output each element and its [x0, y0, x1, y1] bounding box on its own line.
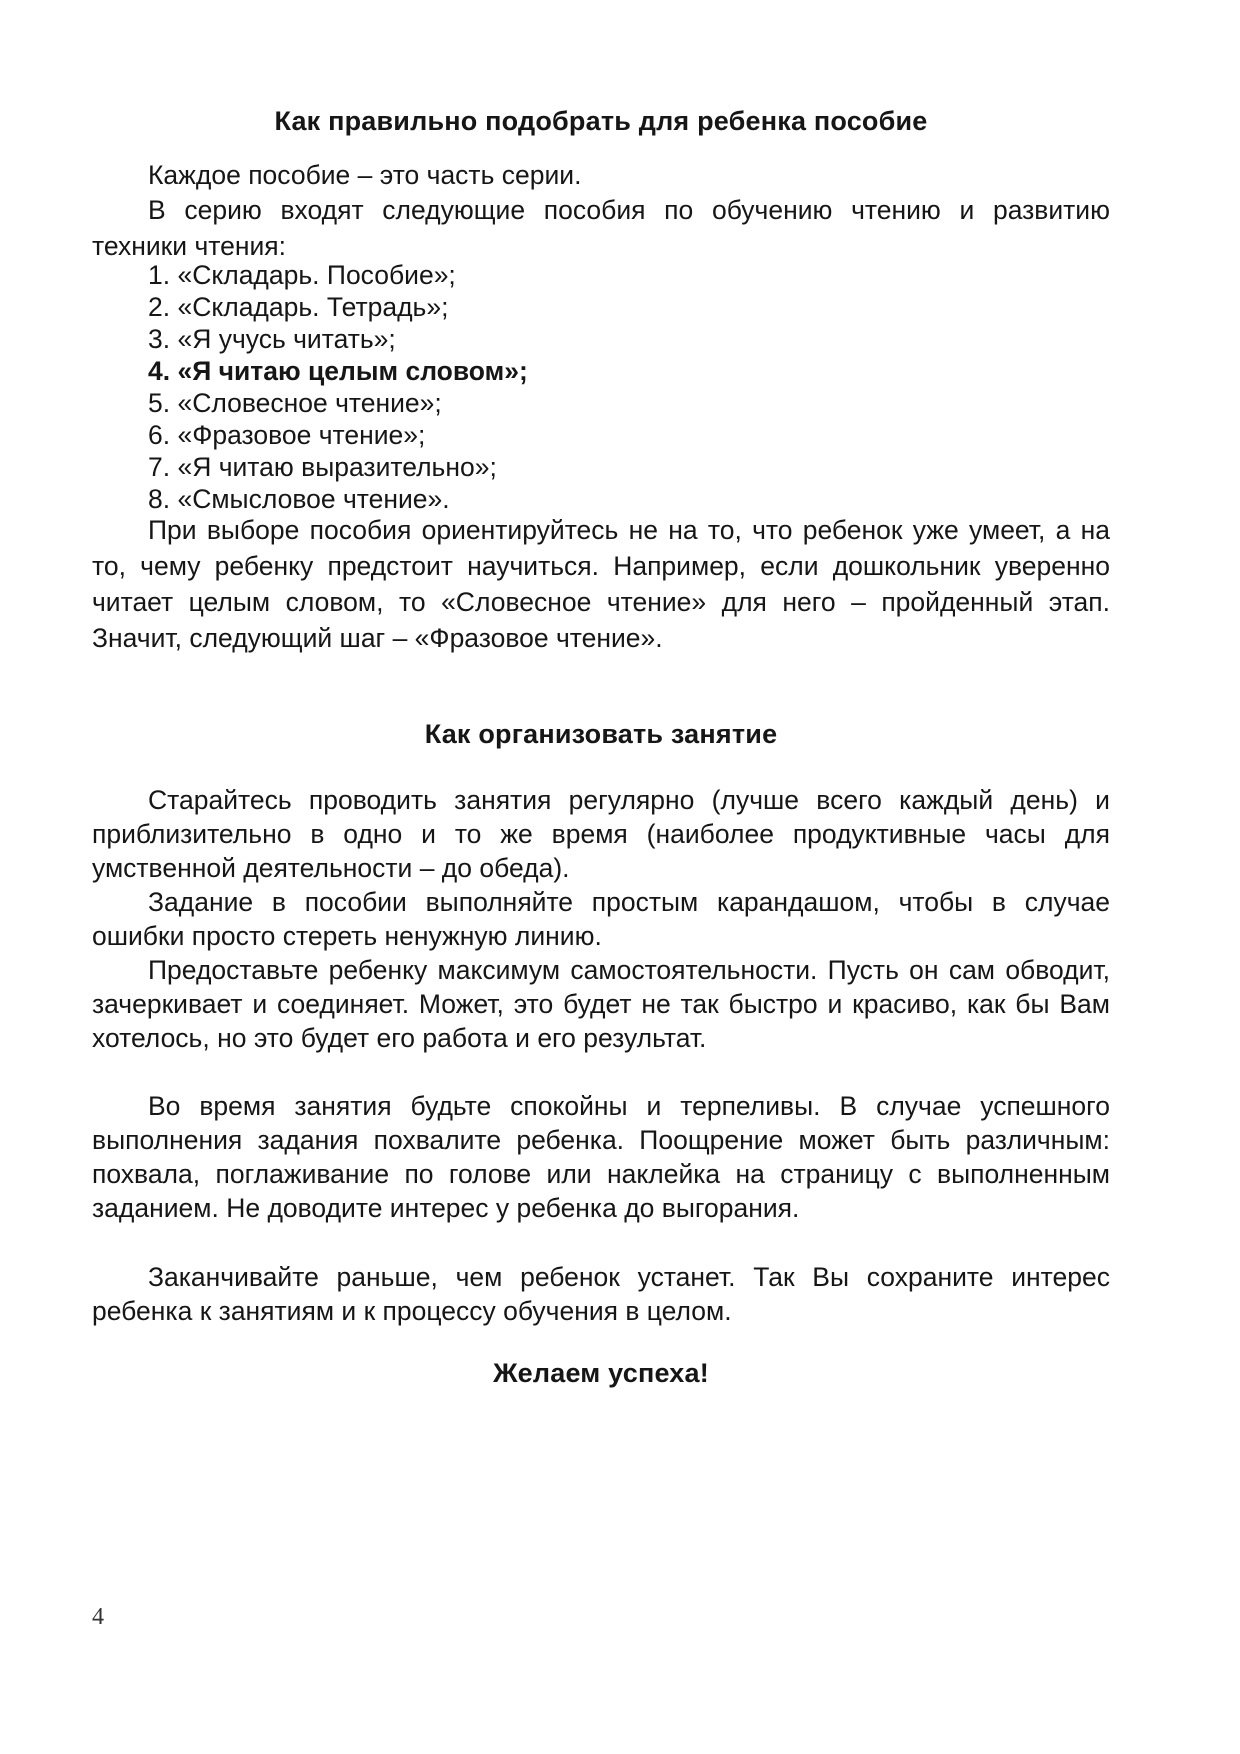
series-list: 1. «Складарь. Пособие»; 2. «Складарь. Те… — [148, 259, 528, 515]
closing-wish: Желаем успеха! — [92, 1358, 1110, 1389]
paragraph-regularity: Старайтесь проводить занятия регулярно (… — [92, 783, 1110, 885]
list-item: 6. «Фразовое чтение»; — [148, 419, 528, 451]
intro-paragraph: Каждое пособие – это часть серии. — [92, 158, 1110, 192]
section-title-organize: Как организовать занятие — [92, 719, 1110, 750]
paragraph-independence: Предоставьте ребенку максимум самостояте… — [92, 953, 1110, 1055]
list-item: 1. «Складарь. Пособие»; — [148, 259, 528, 291]
advice-paragraph: При выборе пособия ориентируйтесь не на … — [92, 512, 1110, 656]
list-item: 5. «Словесное чтение»; — [148, 387, 528, 419]
list-item: 8. «Смысловое чтение». — [148, 483, 528, 515]
paragraph-patience: Во время занятия будьте спокойны и терпе… — [92, 1089, 1110, 1225]
paragraph-finish-early: Заканчивайте раньше, чем ребенок устанет… — [92, 1260, 1110, 1328]
page-number: 4 — [92, 1604, 104, 1631]
list-item-highlighted: 4. «Я читаю целым словом»; — [148, 355, 528, 387]
paragraph-pencil: Задание в пособии выполняйте простым кар… — [92, 885, 1110, 953]
list-item: 3. «Я учусь читать»; — [148, 323, 528, 355]
list-item: 7. «Я читаю выразительно»; — [148, 451, 528, 483]
series-lead-paragraph: В серию входят следующие пособия по обуч… — [92, 192, 1110, 264]
section-title-choose-book: Как правильно подобрать для ребенка посо… — [92, 106, 1110, 137]
list-item: 2. «Складарь. Тетрадь»; — [148, 291, 528, 323]
